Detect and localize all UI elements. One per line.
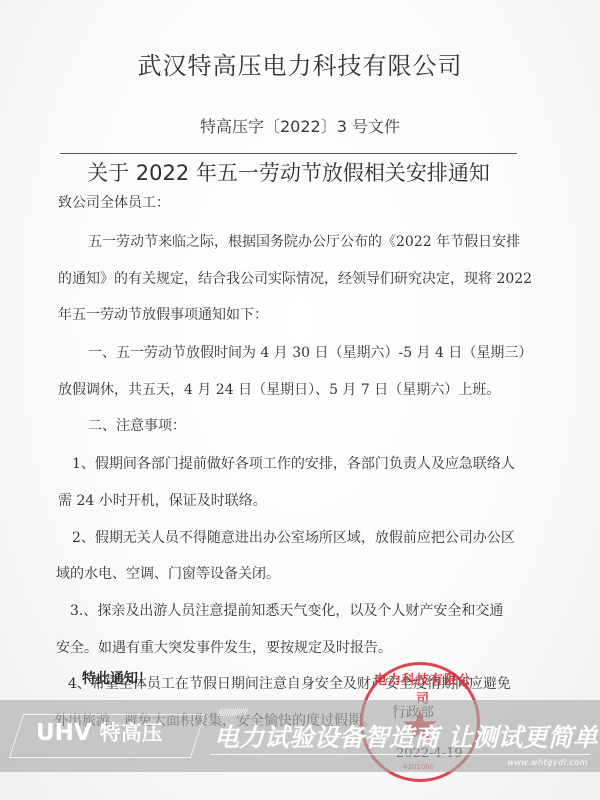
salutation: 致公司全体员工： [58, 192, 170, 212]
brand-logo: UHV特高压 [36, 717, 163, 747]
body-line: 五一劳动节来临之际，根据国务院办公厅公布的《2022 年节假日安排 [88, 231, 520, 251]
body-line: 年五一劳动节放假事项通知如下： [58, 304, 268, 324]
body-line: 域的水电、空调、门窗等设备关闭。 [56, 563, 280, 583]
hatch-decoration: ////////////// [218, 708, 246, 718]
brand-latin: UHV [36, 720, 92, 746]
body-line: 2、假期无关人员不得随意进出办公室场所区域，放假前应把公司办公区 [72, 527, 515, 547]
body-line: 1、假期间各部门提前做好各项工作的安排，各部门负责人及应急联络人 [72, 453, 515, 473]
document-number: 特高压字〔2022〕3 号文件 [0, 114, 600, 137]
slogan-underline [210, 754, 590, 755]
brand-cn: 特高压 [100, 721, 163, 745]
body-line: 需 24 小时开机，保证及时联络。 [58, 490, 267, 510]
body-line: 一、五一劳动节放假时间为 4 月 30 日（星期六）-5 月 4 日（星期三） [88, 342, 532, 362]
body-line: 放假调休，共五天，4 月 24 日（星期日）、5 月 7 日（星期六）上班。 [58, 379, 500, 399]
watermark-banner: UHV特高压 ////////////// 电力试验设备智造商 让测试更简单 w… [0, 700, 600, 772]
company-name: 武汉特高压电力科技有限公司 [0, 46, 600, 81]
body-line: 3.、探亲及出游人员注意提前知悉天气变化，以及个人财产安全和交通 [70, 600, 503, 620]
slogan: 电力试验设备智造商 让测试更简单 [214, 718, 598, 754]
notice-document: 武汉特高压电力科技有限公司 特高压字〔2022〕3 号文件 关于 2022 年五… [0, 0, 600, 800]
header-divider [60, 153, 517, 154]
signoff: 特此通知！ [82, 668, 152, 688]
section-heading: 二、注意事项： [88, 415, 186, 435]
website-url: www.whtgydl.com [507, 758, 588, 767]
body-line: 的通知》的有关规定，结合我公司实际情况，经领导们研究决定，现将 2022 [58, 268, 532, 288]
body-line: 安全。如遇有重大突发事件发生，要按规定及时报告。 [56, 637, 392, 657]
document-title: 关于 2022 年五一劳动节放假相关安排通知 [60, 157, 517, 187]
